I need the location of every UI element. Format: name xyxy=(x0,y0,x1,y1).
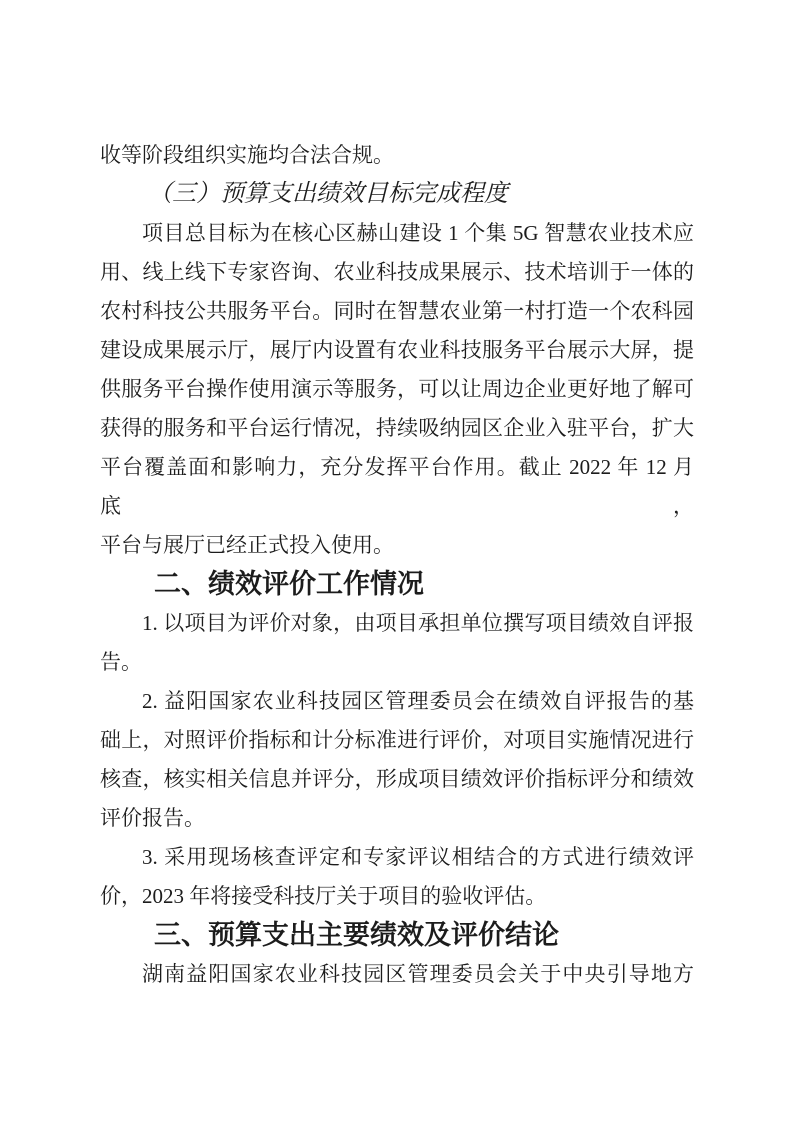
subsection-heading: （三）预算支出绩效目标完成程度 xyxy=(100,175,694,214)
body-line: 项目总目标为在核心区赫山建设 1 个集 5G 智慧农业技术应 xyxy=(100,214,694,253)
body-line: 湖南益阳国家农业科技园区管理委员会关于中央引导地方 xyxy=(100,955,694,994)
body-line: 核查，核实相关信息并评分，形成项目绩效评价指标评分和绩效 xyxy=(100,760,694,799)
body-line: 础上，对照评价指标和计分标准进行评价，对项目实施情况进行 xyxy=(100,721,694,760)
body-line: 告。 xyxy=(100,643,694,682)
body-line: 获得的服务和平台运行情况，持续吸纳园区企业入驻平台，扩大 xyxy=(100,409,694,448)
body-line: 农村科技公共服务平台。同时在智慧农业第一村打造一个农科园 xyxy=(100,292,694,331)
body-line: 1. 以项目为评价对象，由项目承担单位撰写项目绩效自评报 xyxy=(100,604,694,643)
body-line: 平台与展厅已经正式投入使用。 xyxy=(100,526,694,565)
body-line: 价，2023 年将接受科技厅关于项目的验收评估。 xyxy=(100,877,694,916)
body-line: 用、线上线下专家咨询、农业科技成果展示、技术培训于一体的 xyxy=(100,253,694,292)
body-line: 平台覆盖面和影响力，充分发挥平台作用。截止 2022 年 12 月底， xyxy=(100,448,694,526)
body-line: 供服务平台操作使用演示等服务，可以让周边企业更好地了解可 xyxy=(100,370,694,409)
body-line: 评价报告。 xyxy=(100,799,694,838)
section-heading: 二、绩效评价工作情况 xyxy=(100,565,694,604)
body-line: 建设成果展示厅，展厅内设置有农业科技服务平台展示大屏，提 xyxy=(100,331,694,370)
document-page: 收等阶段组织实施均合法合规。 （三）预算支出绩效目标完成程度 项目总目标为在核心… xyxy=(100,136,694,994)
section-heading: 三、预算支出主要绩效及评价结论 xyxy=(100,916,694,955)
body-line: 2. 益阳国家农业科技园区管理委员会在绩效自评报告的基 xyxy=(100,682,694,721)
document-canvas: { "page": { "background_color": "#ffffff… xyxy=(0,0,793,1122)
body-line: 收等阶段组织实施均合法合规。 xyxy=(100,136,694,175)
body-line: 3. 采用现场核查评定和专家评议相结合的方式进行绩效评 xyxy=(100,838,694,877)
